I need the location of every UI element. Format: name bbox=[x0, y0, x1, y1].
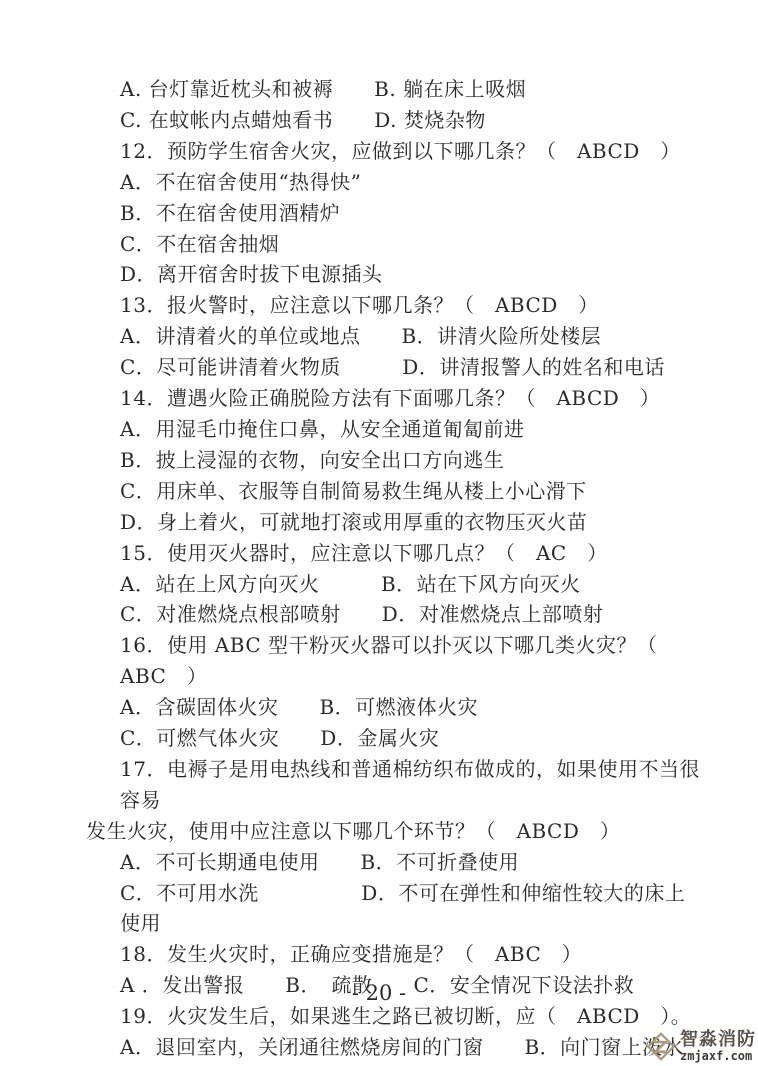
text-line: B．披上浸湿的衣物，向安全出口方向逃生 bbox=[86, 445, 702, 476]
text-line: A．退回室内，关闭通往燃烧房间的门窗 B．向门窗上泼水 bbox=[86, 1032, 702, 1063]
text-line: D．离开宿舍时拔下电源插头 bbox=[86, 259, 702, 290]
text-line: 15．使用灭火器时，应注意以下哪几点？（ AC ） bbox=[86, 538, 702, 569]
diamond-z-icon bbox=[646, 1031, 676, 1062]
text-line: C．对准燃烧点根部喷射 D．对准燃烧点上部喷射 bbox=[86, 599, 702, 630]
text-line: 13．报火警时，应注意以下哪几条？（ ABCD ） bbox=[86, 290, 702, 321]
question-text-block: A. 台灯靠近枕头和被褥 B. 躺在床上吸烟C. 在蚊帐内点蜡烛看书 D. 焚烧… bbox=[86, 74, 702, 1063]
text-line: B．不在宿舍使用酒精炉 bbox=[86, 198, 702, 229]
text-line: C．不在宿舍抽烟 bbox=[86, 229, 702, 260]
text-line: A. 台灯靠近枕头和被褥 B. 躺在床上吸烟 bbox=[86, 74, 702, 105]
text-line: D．身上着火，可就地打滚或用厚重的衣物压灭火苗 bbox=[86, 507, 702, 538]
brand-watermark: 智淼消防 zmjaxf.com bbox=[646, 1031, 756, 1062]
text-line: 16．使用 ABC 型干粉灭火器可以扑灭以下哪几类火灾？（ ABC ） bbox=[86, 630, 702, 692]
brand-name: 智淼消防 bbox=[680, 1031, 756, 1049]
text-line: 发生火灾，使用中应注意以下哪几个环节？（ ABCD ） bbox=[86, 816, 702, 847]
text-line: C．尽可能讲清着火物质 D．讲清报警人的姓名和电话 bbox=[86, 352, 702, 383]
text-line: A．不在宿舍使用“热得快” bbox=[86, 167, 702, 198]
text-line: 14．遭遇火险正确脱险方法有下面哪几条？（ ABCD ） bbox=[86, 383, 702, 414]
text-line: C．可燃气体火灾 D．金属火灾 bbox=[86, 723, 702, 754]
site-url: zmjaxf.com bbox=[680, 1050, 756, 1062]
text-line: 18．发生火灾时，正确应变措施是？（ ABC ） bbox=[86, 939, 702, 970]
text-line: A．用湿毛巾掩住口鼻，从安全通道匍匐前进 bbox=[86, 414, 702, 445]
document-page: A. 台灯靠近枕头和被褥 B. 躺在床上吸烟C. 在蚊帐内点蜡烛看书 D. 焚烧… bbox=[0, 0, 758, 1066]
text-line: C．用床单、衣服等自制简易救生绳从楼上小心滑下 bbox=[86, 476, 702, 507]
text-line: A．讲清着火的单位或地点 B．讲清火险所处楼层 bbox=[86, 321, 702, 352]
text-line: C. 在蚊帐内点蜡烛看书 D. 焚烧杂物 bbox=[86, 105, 702, 136]
text-line: 17．电褥子是用电热线和普通棉纺织布做成的，如果使用不当很容易 bbox=[86, 754, 702, 816]
text-line: A．站在上风方向灭火 B．站在下风方向灭火 bbox=[86, 569, 702, 600]
text-line: A．含碳固体火灾 B．可燃液体火灾 bbox=[86, 692, 702, 723]
text-line: A．不可长期通电使用 B．不可折叠使用 bbox=[86, 847, 702, 878]
text-line: 12．预防学生宿舍火灾，应做到以下哪几条？（ ABCD ） bbox=[86, 136, 702, 167]
page-number: - 20 - bbox=[0, 981, 758, 1005]
brand-text-group: 智淼消防 zmjaxf.com bbox=[680, 1031, 756, 1062]
text-line: C．不可用水洗 D．不可在弹性和伸缩性较大的床上使用 bbox=[86, 878, 702, 940]
text-line: 19．火灾发生后，如果逃生之路已被切断，应（ ABCD ）。 bbox=[86, 1001, 702, 1032]
